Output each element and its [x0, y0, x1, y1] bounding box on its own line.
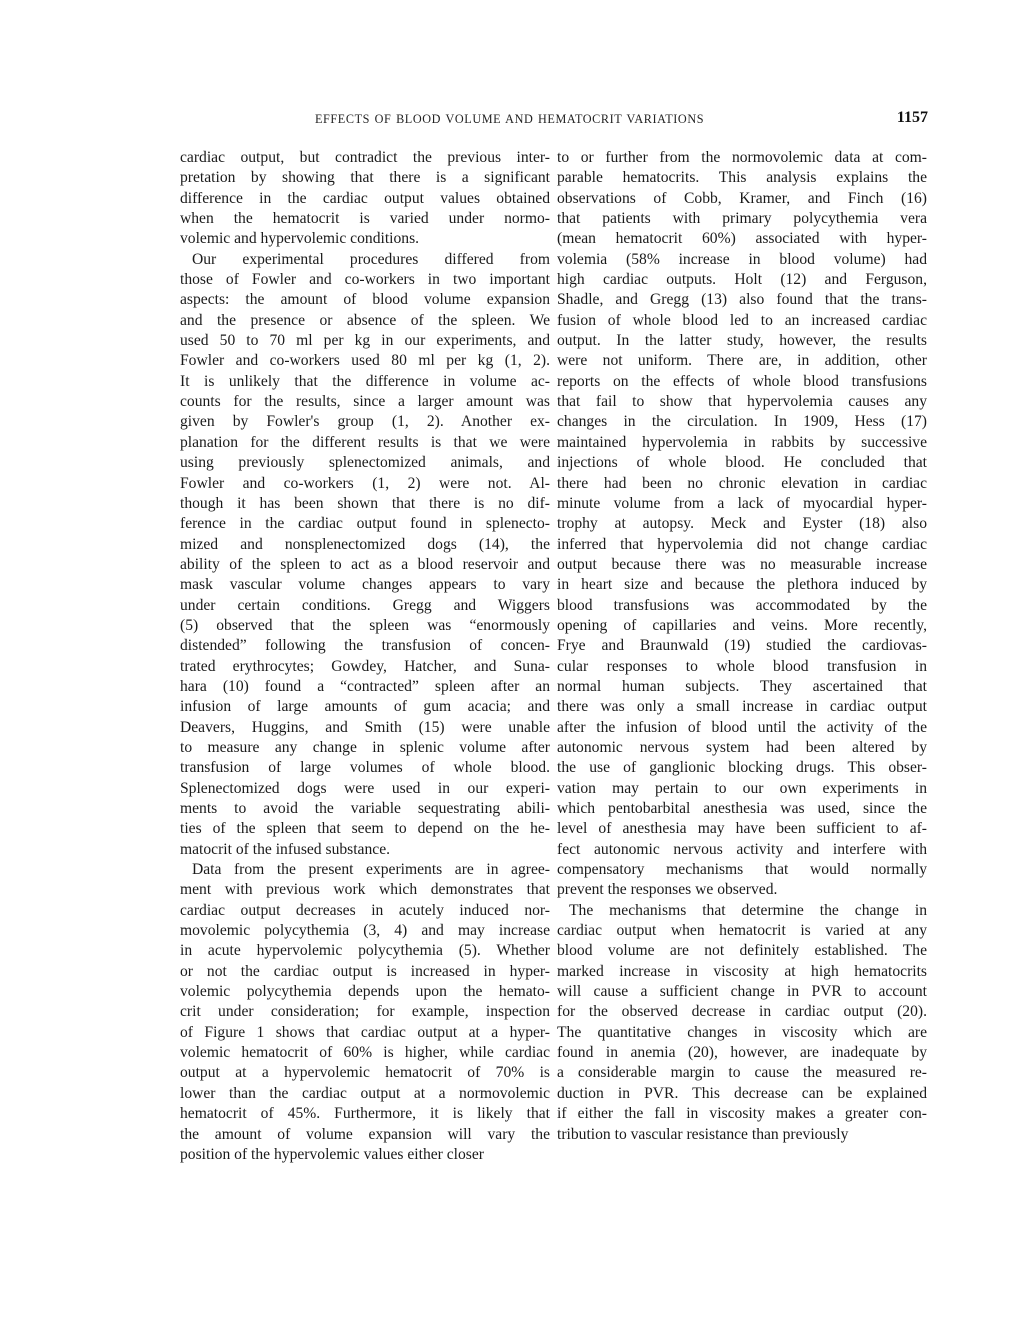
- paragraph: to or further from the normovolemic data…: [557, 148, 927, 901]
- text-line: prevent the responses we observed.: [557, 880, 927, 900]
- text-line: maintained hypervolemia in rabbits by su…: [557, 433, 927, 453]
- text-line: volemic and hypervolemic conditions.: [180, 229, 550, 249]
- text-line: vation may pertain to our own experiment…: [557, 779, 927, 799]
- text-line: ments to avoid the variable sequestratin…: [180, 799, 550, 819]
- text-line: a considerable margin to cause the measu…: [557, 1063, 927, 1083]
- text-line: compensatory mechanisms that would norma…: [557, 860, 927, 880]
- text-line: that fail to show that hypervolemia caus…: [557, 392, 927, 412]
- running-header: EFFECTS OF BLOOD VOLUME AND HEMATOCRIT V…: [180, 112, 928, 134]
- text-line: mask vascular volume changes appears to …: [180, 575, 550, 595]
- text-line: autonomic nervous system had been altere…: [557, 738, 927, 758]
- text-line: though it has been shown that there is n…: [180, 494, 550, 514]
- text-line: output because there was no measurable i…: [557, 555, 927, 575]
- text-line: to measure any change in splenic volume …: [180, 738, 550, 758]
- text-line: fusion of whole blood led to an increase…: [557, 311, 927, 331]
- text-line: after the infusion of blood until the ac…: [557, 718, 927, 738]
- text-line: (mean hematocrit 60%) associated with hy…: [557, 229, 927, 249]
- text-line: ference in the cardiac output found in s…: [180, 514, 550, 534]
- text-line: using previously splenectomized animals,…: [180, 453, 550, 473]
- text-line: Splenectomized dogs were used in our exp…: [180, 779, 550, 799]
- text-line: for the observed decrease in cardiac out…: [557, 1002, 927, 1022]
- text-line: that patients with primary polycythemia …: [557, 209, 927, 229]
- text-line: matocrit of the infused substance.: [180, 840, 550, 860]
- text-line: Fowler and co-workers used 80 ml per kg …: [180, 351, 550, 371]
- running-title: EFFECTS OF BLOOD VOLUME AND HEMATOCRIT V…: [315, 112, 704, 127]
- text-line: the use of ganglionic blocking drugs. Th…: [557, 758, 927, 778]
- text-line: volemia (58% increase in blood volume) h…: [557, 250, 927, 270]
- text-line: The mechanisms that determine the change…: [557, 901, 927, 921]
- text-line: ment with previous work which demonstrat…: [180, 880, 550, 900]
- text-line: distended” following the transfusion of …: [180, 636, 550, 656]
- text-line: there was only a small increase in cardi…: [557, 697, 927, 717]
- text-line: The quantitative changes in viscosity wh…: [557, 1023, 927, 1043]
- page-number: 1157: [897, 109, 928, 127]
- text-line: output. In the latter study, however, th…: [557, 331, 927, 351]
- text-line: minute volume from a lack of myocardial …: [557, 494, 927, 514]
- text-line: of Figure 1 shows that cardiac output at…: [180, 1023, 550, 1043]
- text-line: volemic hematocrit of 60% is higher, whi…: [180, 1043, 550, 1063]
- text-line: Data from the present experiments are in…: [180, 860, 550, 880]
- text-line: used 50 to 70 ml per kg in our experimen…: [180, 331, 550, 351]
- text-line: parable hematocrits. This analysis expla…: [557, 168, 927, 188]
- text-line: infusion of large amounts of gum acacia;…: [180, 697, 550, 717]
- text-line: movolemic polycythemia (3, 4) and may in…: [180, 921, 550, 941]
- text-line: changes in the circulation. In 1909, Hes…: [557, 412, 927, 432]
- paragraph: Data from the present experiments are in…: [180, 860, 550, 1165]
- text-line: Our experimental procedures differed fro…: [180, 250, 550, 270]
- text-line: in acute hypervolemic polycythemia (5). …: [180, 941, 550, 961]
- text-line: output at a hypervolemic hematocrit of 7…: [180, 1063, 550, 1083]
- right-column: to or further from the normovolemic data…: [557, 148, 927, 1145]
- text-line: hematocrit of 45%. Furthermore, it is li…: [180, 1104, 550, 1124]
- text-line: volemic polycythemia depends upon the he…: [180, 982, 550, 1002]
- text-line: ability of the spleen to act as a blood …: [180, 555, 550, 575]
- text-line: cardiac output decreases in acutely indu…: [180, 901, 550, 921]
- text-line: when the hematocrit is varied under norm…: [180, 209, 550, 229]
- text-line: high cardiac outputs. Holt (12) and Ferg…: [557, 270, 927, 290]
- text-line: duction in PVR. This decrease can be exp…: [557, 1084, 927, 1104]
- text-line: lower than the cardiac output at a normo…: [180, 1084, 550, 1104]
- text-line: or not the cardiac output is increased i…: [180, 962, 550, 982]
- text-line: normal human subjects. They ascertained …: [557, 677, 927, 697]
- paragraph: cardiac output, but contradict the previ…: [180, 148, 550, 250]
- paragraph: The mechanisms that determine the change…: [557, 901, 927, 1145]
- text-line: hara (10) found a “contracted” spleen af…: [180, 677, 550, 697]
- text-line: found in anemia (20), however, are inade…: [557, 1043, 927, 1063]
- text-line: planation for the different results is t…: [180, 433, 550, 453]
- text-line: ties of the spleen that seem to depend o…: [180, 819, 550, 839]
- text-line: Shadle, and Gregg (13) also found that t…: [557, 290, 927, 310]
- text-line: crit under consideration; for example, i…: [180, 1002, 550, 1022]
- text-line: tribution to vascular resistance than pr…: [557, 1125, 927, 1145]
- text-line: if either the fall in viscosity makes a …: [557, 1104, 927, 1124]
- text-line: fect autonomic nervous activity and inte…: [557, 840, 927, 860]
- paragraph: Our experimental procedures differed fro…: [180, 250, 550, 860]
- text-line: counts for the results, since a larger a…: [180, 392, 550, 412]
- text-line: (5) observed that the spleen was “enormo…: [180, 616, 550, 636]
- text-line: cardiac output when hematocrit is varied…: [557, 921, 927, 941]
- text-line: aspects: the amount of blood volume expa…: [180, 290, 550, 310]
- text-line: there had been no chronic elevation in c…: [557, 474, 927, 494]
- text-line: the amount of volume expansion will vary…: [180, 1125, 550, 1145]
- text-line: pretation by showing that there is a sig…: [180, 168, 550, 188]
- text-line: under certain conditions. Gregg and Wigg…: [180, 596, 550, 616]
- text-line: were not uniform. There are, in addition…: [557, 351, 927, 371]
- text-line: trophy at autopsy. Meck and Eyster (18) …: [557, 514, 927, 534]
- text-line: difference in the cardiac output values …: [180, 189, 550, 209]
- text-line: blood transfusions was accommodated by t…: [557, 596, 927, 616]
- text-line: will cause a sufficient change in PVR to…: [557, 982, 927, 1002]
- text-line: Frye and Braunwald (19) studied the card…: [557, 636, 927, 656]
- text-line: Deavers, Huggins, and Smith (15) were un…: [180, 718, 550, 738]
- text-line: which pentobarbital anesthesia was used,…: [557, 799, 927, 819]
- text-line: transfusion of large volumes of whole bl…: [180, 758, 550, 778]
- text-line: Fowler and co-workers (1, 2) were not. A…: [180, 474, 550, 494]
- text-line: cardiac output, but contradict the previ…: [180, 148, 550, 168]
- text-line: opening of capillaries and veins. More r…: [557, 616, 927, 636]
- text-line: position of the hypervolemic values eith…: [180, 1145, 550, 1165]
- text-line: observations of Cobb, Kramer, and Finch …: [557, 189, 927, 209]
- text-line: marked increase in viscosity at high hem…: [557, 962, 927, 982]
- text-line: It is unlikely that the difference in vo…: [180, 372, 550, 392]
- text-line: in heart size and because the plethora i…: [557, 575, 927, 595]
- text-line: reports on the effects of whole blood tr…: [557, 372, 927, 392]
- text-line: cular responses to whole blood transfusi…: [557, 657, 927, 677]
- text-line: to or further from the normovolemic data…: [557, 148, 927, 168]
- text-line: and the presence or absence of the splee…: [180, 311, 550, 331]
- text-line: level of anesthesia may have been suffic…: [557, 819, 927, 839]
- text-line: mized and nonsplenectomized dogs (14), t…: [180, 535, 550, 555]
- journal-page: EFFECTS OF BLOOD VOLUME AND HEMATOCRIT V…: [0, 0, 1020, 1320]
- text-line: those of Fowler and co-workers in two im…: [180, 270, 550, 290]
- text-line: inferred that hypervolemia did not chang…: [557, 535, 927, 555]
- text-line: injections of whole blood. He concluded …: [557, 453, 927, 473]
- text-line: blood volume are not definitely establis…: [557, 941, 927, 961]
- text-line: trated erythrocytes; Gowdey, Hatcher, an…: [180, 657, 550, 677]
- text-line: given by Fowler's group (1, 2). Another …: [180, 412, 550, 432]
- left-column: cardiac output, but contradict the previ…: [180, 148, 550, 1165]
